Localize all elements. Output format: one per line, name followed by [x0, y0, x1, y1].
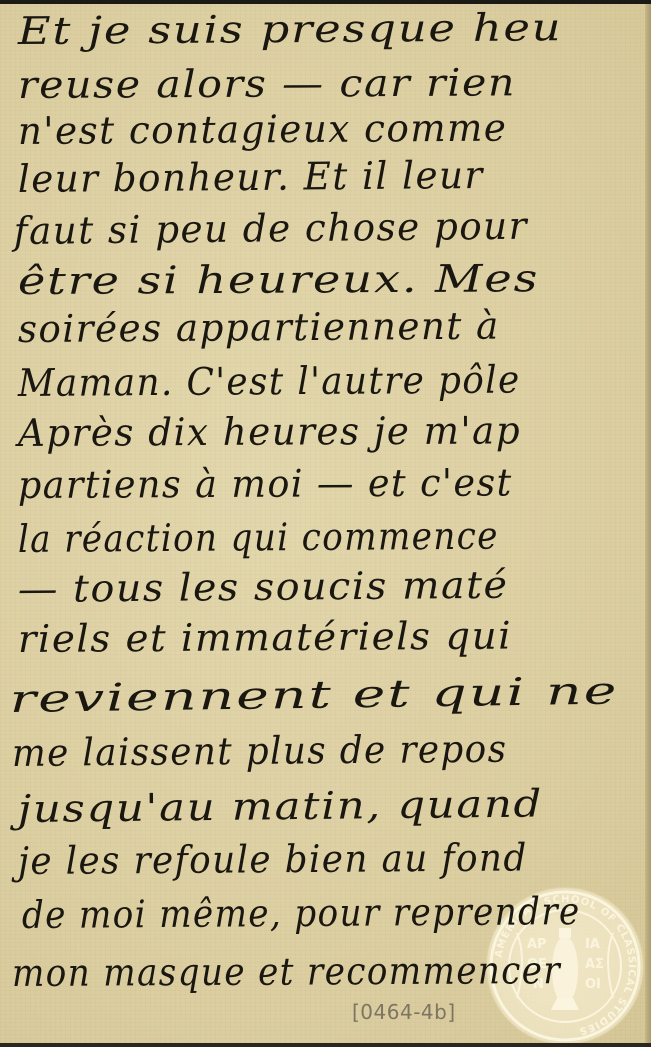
archive-reference-label: [0464-4b] [352, 1000, 456, 1024]
handwritten-text: Et je suis presque heu reuse alors — car… [0, 0, 651, 1047]
handwriting-line: reuse alors — car rien [18, 63, 516, 104]
handwriting-line: soirées appartiennent à [18, 307, 500, 348]
handwriting-line: Et je suis presque heu [18, 8, 563, 50]
handwriting-line: je les refoule bien au fond [18, 838, 528, 880]
handwriting-line: être si heureux. Mes [18, 259, 539, 300]
scan-bottom-edge [0, 1043, 651, 1047]
handwriting-line: de moi même, pour reprendre [22, 892, 581, 934]
handwriting-line: — tous les soucis maté [18, 566, 509, 608]
handwriting-line: leur bonheur. Et il leur [18, 156, 484, 198]
handwriting-line: jusqu'au matin, quand [18, 785, 544, 828]
handwriting-line: riels et immatériels qui [18, 617, 512, 658]
handwriting-line: la réaction qui commence [18, 517, 499, 558]
handwriting-line: mon masque et recommencer [12, 951, 561, 992]
handwriting-line: n'est contagieux comme [18, 109, 508, 150]
handwriting-line: me laissent plus de repos [12, 730, 508, 772]
handwriting-line: partiens à moi — et c'est [18, 463, 513, 504]
handwriting-line: Maman. C'est l'autre pôle [18, 360, 521, 402]
handwriting-line: reviennent et qui ne [9, 672, 618, 718]
handwriting-line: faut si peu de chose pour [14, 207, 528, 250]
handwriting-line: Après dix heures je m'ap [18, 411, 521, 452]
